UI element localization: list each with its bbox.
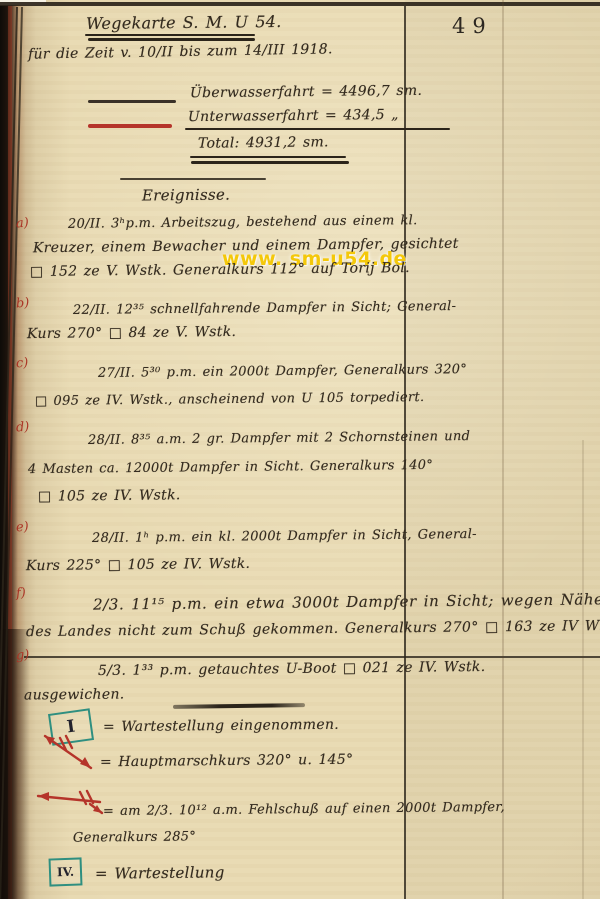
surface-route-swatch [88, 100, 176, 103]
horizontal-rule [24, 656, 600, 658]
entry-c-line-1: 27/II. 5³⁰ p.m. ein 2000t Dampfer, Gener… [98, 362, 467, 381]
logbook-page: 49 www. sm-u54.de Wegekarte S. M. U 54. … [0, 0, 600, 899]
station-box-IV-label: IV. [57, 865, 74, 880]
sum-rule [185, 128, 450, 130]
margin-letter-d: d) [15, 420, 29, 436]
paper-crease [502, 0, 504, 899]
title-underline-2 [88, 38, 255, 41]
miss-shot-arrow-icon [30, 786, 108, 828]
entry-b-line-1: 22/II. 12³⁵ schnellfahrende Dampfer in S… [73, 299, 456, 318]
date-range: für die Zeit v. 10/II bis zum 14/III 191… [28, 41, 333, 62]
entry-e-line-2: Kurs 225° □ 105 ze IV. Wstk. [26, 556, 250, 574]
footnote-1-text: = Wartestellung eingenommen. [103, 717, 339, 735]
margin-letter-b: b) [15, 296, 29, 312]
entry-b-line-2: Kurs 270° □ 84 ze V. Wstk. [27, 324, 236, 342]
total-distance: Total: 4931,2 sm. [198, 134, 329, 151]
entry-a-line-1: 20/II. 3ʰp.m. Arbeitszug, bestehend aus … [68, 213, 418, 232]
entry-g-line-2: ausgewichen. [24, 686, 125, 703]
margin-letter-a: a) [15, 216, 29, 232]
station-box-IV: IV. [49, 857, 83, 886]
total-underline-1 [190, 156, 346, 158]
entry-d-line-1: 28/II. 8³⁵ a.m. 2 gr. Dampfer mit 2 Scho… [88, 429, 470, 448]
margin-letter-c: c) [15, 356, 28, 372]
section-heading: Ereignisse. [142, 186, 230, 205]
entry-a-line-3: □ 152 ze V. Wstk. Generalkurs 112° auf T… [30, 260, 410, 280]
entry-e-line-1: 28/II. 1ʰ p.m. ein kl. 2000t Dampfer in … [92, 527, 477, 546]
entry-d-line-2: 4 Masten ca. 12000t Dampfer in Sicht. Ge… [28, 458, 433, 477]
footnote-2-text: = Hauptmarschkurs 320° u. 145° [100, 752, 353, 771]
margin-letter-g: g) [15, 648, 29, 664]
paper-crease-2 [582, 440, 584, 899]
total-underline-2 [191, 161, 349, 164]
section-overline [120, 178, 266, 180]
entry-g-line-1: 5/3. 1³³ p.m. getauchtes U-Boot □ 021 ze… [98, 659, 486, 679]
footnote-3-line-1: = am 2/3. 10¹² a.m. Fehlschuß auf einen … [103, 800, 505, 819]
entry-c-line-2: □ 095 ze IV. Wstk., anscheinend von U 10… [35, 390, 425, 409]
margin-letter-f: f) [15, 586, 26, 602]
surface-run-label: Überwasserfahrt = 4496,7 sm. [190, 83, 422, 101]
footnote-3-line-2: Generalkurs 285° [73, 829, 196, 845]
submerged-route-swatch [88, 124, 172, 128]
entry-d-line-3: □ 105 ze IV. Wstk. [38, 487, 181, 504]
submerged-run-label: Unterwasserfahrt = 434,5 „ [188, 107, 399, 125]
margin-letter-e: e) [15, 520, 29, 536]
page-title: Wegekarte S. M. U 54. [86, 12, 282, 33]
footnote-divider [173, 703, 305, 709]
footnote-4-text: = Wartestellung [95, 863, 225, 882]
page-number: 49 [452, 14, 493, 38]
top-border-rule [0, 2, 600, 6]
title-underline-1 [85, 34, 255, 36]
column-rule [404, 6, 406, 899]
main-course-arrow-icon [33, 728, 105, 776]
entry-f-line-2: des Landes nicht zum Schuß gekommen. Gen… [26, 618, 600, 640]
entry-f-line-1: 2/3. 11¹⁵ p.m. ein etwa 3000t Dampfer in… [93, 590, 600, 613]
